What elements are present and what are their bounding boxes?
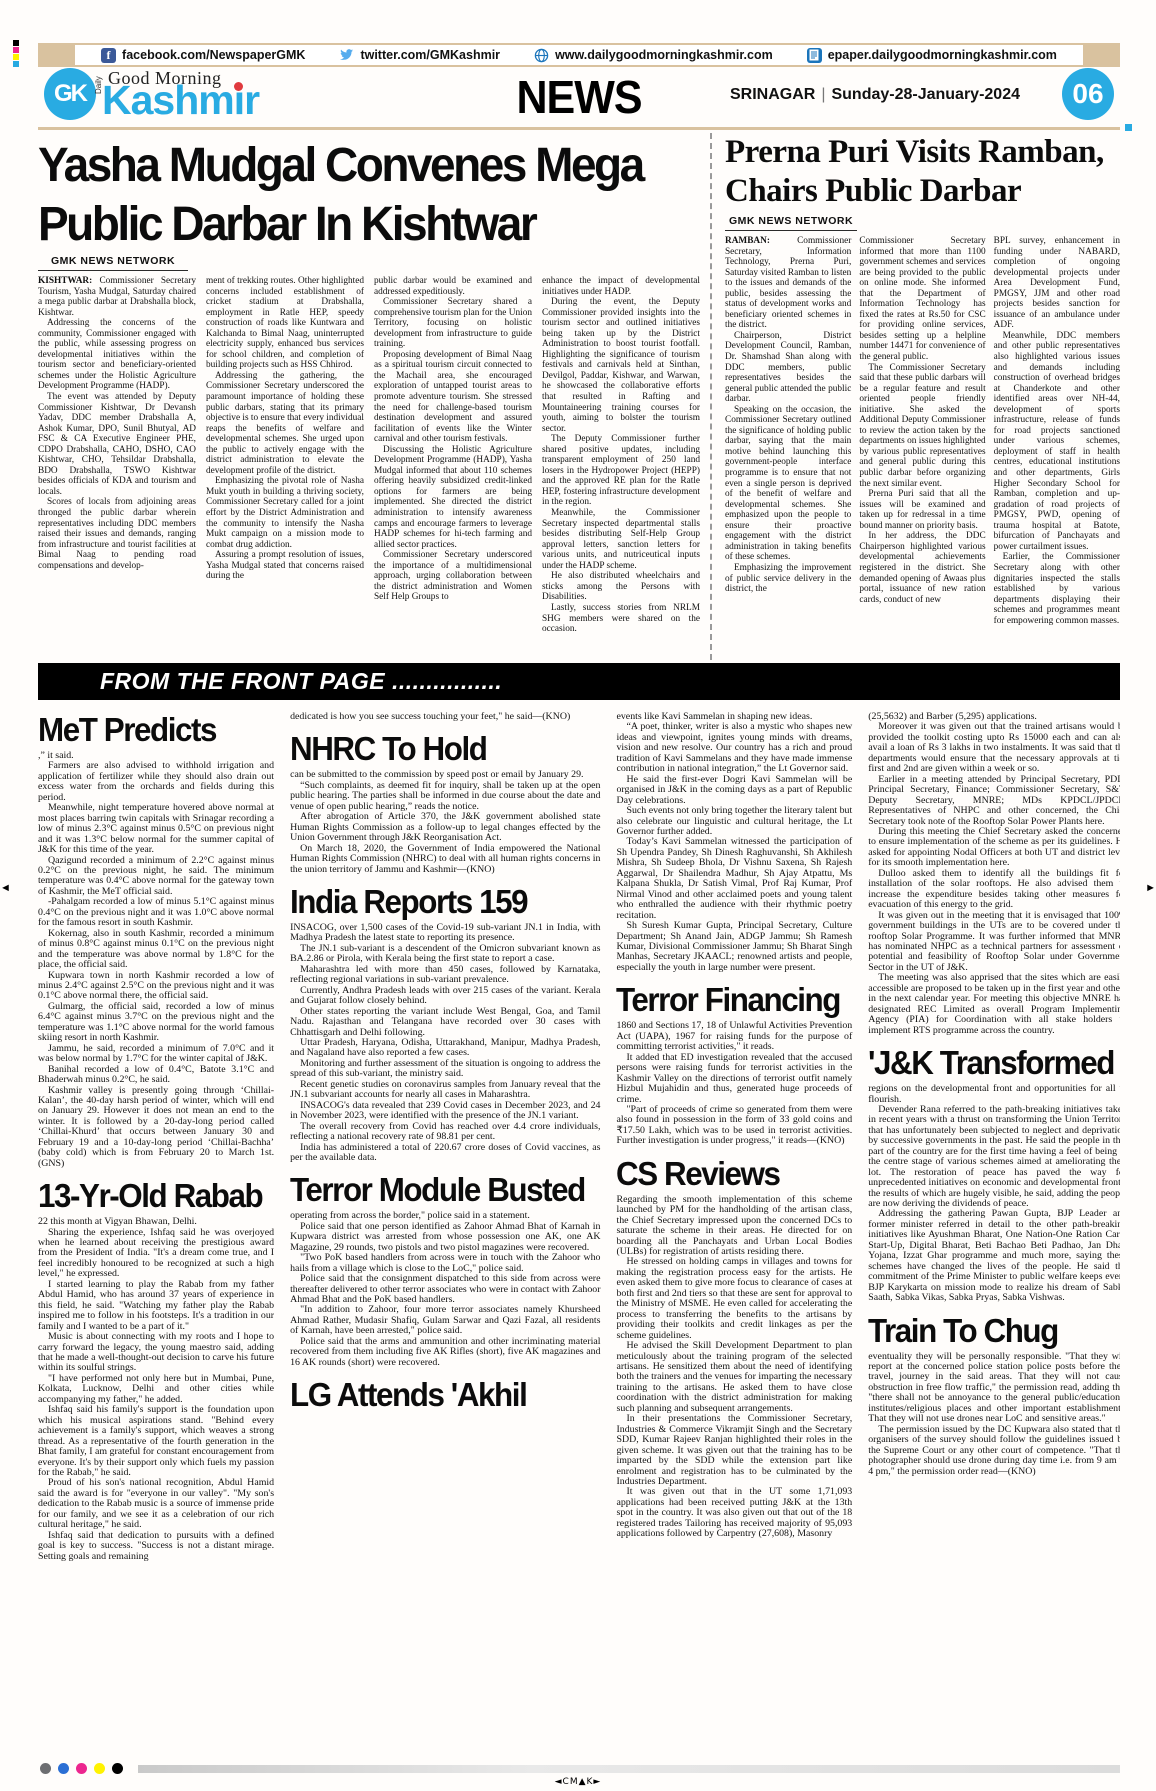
paragraph: It was given out in the meeting that it … bbox=[868, 911, 1120, 974]
paragraph: I started learning to play the Rabab fro… bbox=[38, 1280, 274, 1332]
paragraph: On March 18, 2020, the Government of Ind… bbox=[290, 844, 600, 875]
website-link[interactable]: www.dailygoodmorningkashmir.com bbox=[534, 48, 773, 63]
dateline: RAMBAN: bbox=[725, 236, 797, 246]
paragraph: After abrogation of Article 370, the J&K… bbox=[290, 812, 600, 843]
dot-blue bbox=[58, 1763, 69, 1774]
paragraph: Lastly, success stories from NRLM SHG me… bbox=[542, 603, 700, 635]
lead-article: Yasha Mudgal Convenes Mega Public Darbar… bbox=[38, 133, 710, 660]
article-headline: 13-Yr-Old Rabab bbox=[38, 1178, 262, 1214]
paragraph: Such events not only bring together the … bbox=[616, 806, 852, 837]
article-column: ment of trekking routes. Other highlight… bbox=[206, 276, 364, 635]
globe-icon bbox=[534, 48, 549, 63]
paragraph: Addressing the gathering, the Commission… bbox=[206, 371, 364, 476]
reg-cyan bbox=[13, 61, 19, 67]
paragraph: Addressing the gathering Pawan Gupta, BJ… bbox=[868, 1209, 1120, 1303]
paragraph: Commissioner Secretary underscored the i… bbox=[374, 550, 532, 603]
article-headline: MeT Predicts bbox=[38, 712, 262, 748]
edition-city: SRINAGAR bbox=[730, 86, 815, 103]
jump-column: dedicated is how you see success touchin… bbox=[290, 712, 600, 1754]
paragraph: INSACOG, over 1,500 cases of the Covid-1… bbox=[290, 923, 600, 944]
paragraph: He said the first-ever Dogri Kavi Sammel… bbox=[616, 775, 852, 806]
paragraph: In their presentations the Commissioner … bbox=[616, 1414, 852, 1487]
paragraph: "In addition to Zahoor, four more terror… bbox=[290, 1305, 600, 1336]
social-links-bar: f facebook.com/NewspaperGMK twitter.com/… bbox=[38, 43, 1120, 67]
lead-article-byline: GMK NEWS NETWORK bbox=[38, 255, 188, 271]
article-column: RAMBAN: Commissioner Secretary, Informat… bbox=[725, 236, 851, 626]
paragraph: Emphasizing the improvement of public se… bbox=[725, 563, 851, 595]
article-segment: MeT Predicts,” it said.Farmers are also … bbox=[38, 712, 274, 1169]
dot-black bbox=[112, 1763, 123, 1774]
paragraph: The Deputy Commissioner further shared p… bbox=[542, 434, 700, 508]
paragraph: 1860 and Sections 17, 18 of Unlawful Act… bbox=[616, 1021, 852, 1052]
print-color-dots bbox=[40, 1763, 123, 1774]
secondary-article-columns: RAMBAN: Commissioner Secretary, Informat… bbox=[725, 236, 1120, 626]
jump-column: MeT Predicts,” it said.Farmers are also … bbox=[38, 712, 274, 1754]
facebook-link-label: facebook.com/NewspaperGMK bbox=[122, 48, 305, 62]
paragraph: Kupwara town in north Kashmir recorded a… bbox=[38, 971, 274, 1002]
article-segment: Train To Chugeventuality they will be pe… bbox=[868, 1313, 1120, 1477]
secondary-article-headline: Prerna Puri Visits Ramban, Chairs Public… bbox=[725, 133, 1120, 211]
paragraph: He stressed on holding camps in villages… bbox=[616, 1257, 852, 1341]
paragraph: 22 this month at Vigyan Bhawan, Delhi. bbox=[38, 1217, 274, 1227]
left-registration-arrow: ◄ bbox=[0, 882, 11, 894]
dot-yellow bbox=[94, 1763, 105, 1774]
masthead: GK Daily Good Morning Kashmir NEWS SRINA… bbox=[38, 68, 1120, 122]
paragraph: Kokernag, also in south Kashmir, recorde… bbox=[38, 929, 274, 971]
article-segment: 'J&K Transformedregions on the developme… bbox=[868, 1045, 1120, 1304]
article-segment: events like Kavi Sammelan in shaping new… bbox=[616, 712, 852, 973]
paragraph: BPL survey, enhancement in funding under… bbox=[994, 236, 1120, 331]
paragraph: Currently, Andhra Pradesh leads with ove… bbox=[290, 986, 600, 1007]
dot-gray bbox=[40, 1763, 51, 1774]
paragraph: Devender Rana referred to the path-break… bbox=[868, 1105, 1120, 1210]
dateline-separator: | bbox=[815, 86, 831, 103]
paragraph: Speaking on the occasion, the Commission… bbox=[725, 405, 851, 563]
lead-article-headline: Yasha Mudgal Convenes Mega Public Darbar… bbox=[38, 135, 700, 254]
article-column: KISHTWAR: Commissioner Secretary Tourism… bbox=[38, 276, 196, 635]
print-registration-strip bbox=[13, 40, 19, 68]
print-gray-bar bbox=[138, 1765, 1120, 1773]
paragraph: The JN.1 sub-variant is a descendent of … bbox=[290, 944, 600, 965]
paragraph: -Pahalgam recorded a low of minus 5.1°C … bbox=[38, 897, 274, 928]
article-column: enhance the impact of developmental init… bbox=[542, 276, 700, 635]
paragraph: “Such complaints, as deemed fit for inqu… bbox=[290, 781, 600, 812]
masthead-rule bbox=[38, 127, 1120, 130]
paragraph: Jammu, he said, recorded a minimum of 7.… bbox=[38, 1044, 274, 1065]
paragraph: In her address, the DDC Chairperson high… bbox=[859, 531, 985, 605]
article-segment: Terror Financing1860 and Sections 17, 18… bbox=[616, 982, 852, 1146]
paragraph: Proposing development of Bimal Naag as a… bbox=[374, 350, 532, 445]
dateline: KISHTWAR: bbox=[38, 276, 99, 286]
newspaper-page: f facebook.com/NewspaperGMK twitter.com/… bbox=[0, 0, 1156, 1791]
paragraph: Commissioner Secretary shared a comprehe… bbox=[374, 297, 532, 350]
lead-article-columns: KISHTWAR: Commissioner Secretary Tourism… bbox=[38, 276, 700, 635]
paragraph: Emphasizing the pivotal role of Nasha Mu… bbox=[206, 476, 364, 550]
paragraph: Dulloo asked them to identify all the bu… bbox=[868, 869, 1120, 911]
paragraph: dedicated is how you see success touchin… bbox=[290, 712, 600, 722]
paragraph: It added that ED investigation revealed … bbox=[616, 1053, 852, 1105]
jump-column: (25,5632) and Barber (5,295) application… bbox=[868, 712, 1120, 1754]
article-headline: India Reports 159 bbox=[290, 884, 585, 920]
paragraph: "I have performed not only here but in M… bbox=[38, 1374, 274, 1405]
epaper-icon bbox=[807, 48, 822, 63]
social-links-strip: f facebook.com/NewspaperGMK twitter.com/… bbox=[75, 45, 1083, 65]
article-segment: NHRC To Holdcan be submitted to the comm… bbox=[290, 731, 600, 875]
paragraph: ment of trekking routes. Other highlight… bbox=[206, 276, 364, 371]
reg-yellow bbox=[13, 54, 19, 60]
paragraph: “A poet, thinker, writer is also a mysti… bbox=[616, 722, 852, 774]
paragraph: KISHTWAR: Commissioner Secretary Tourism… bbox=[38, 276, 196, 318]
edition-dateline: SRINAGAR|Sunday-28-January-2024 bbox=[730, 86, 1020, 104]
paragraph: The event was attended by Deputy Commiss… bbox=[38, 392, 196, 497]
paragraph: "Part of proceeds of crime so generated … bbox=[616, 1105, 852, 1147]
facebook-icon: f bbox=[101, 48, 116, 63]
paragraph: Scores of locals from adjoining areas th… bbox=[38, 497, 196, 571]
paragraph: Earlier in a meeting attended by Princip… bbox=[868, 775, 1120, 827]
paragraph: Sharing the experience, Ishfaq said he w… bbox=[38, 1228, 274, 1280]
paragraph: The overall recovery from Covid has reac… bbox=[290, 1122, 600, 1143]
paragraph: Farmers are also advised to withhold irr… bbox=[38, 761, 274, 803]
paragraph: Recent genetic studies on coronavirus sa… bbox=[290, 1080, 600, 1101]
article-headline: Terror Module Busted bbox=[290, 1172, 585, 1208]
reg-magenta bbox=[13, 47, 19, 53]
paragraph: Moreover it was given out that the train… bbox=[868, 722, 1120, 774]
article-segment: India Reports 159INSACOG, over 1,500 cas… bbox=[290, 884, 600, 1163]
paragraph: Chairperson, District Development Counci… bbox=[725, 331, 851, 405]
jump-column: events like Kavi Sammelan in shaping new… bbox=[616, 712, 852, 1754]
edition-date: Sunday-28-January-2024 bbox=[831, 86, 1020, 103]
paragraph: Police said that one person identified a… bbox=[290, 1222, 600, 1253]
article-segment: dedicated is how you see success touchin… bbox=[290, 712, 600, 722]
paragraph: eventuality they will be personally resp… bbox=[868, 1352, 1120, 1425]
twitter-link-label: twitter.com/GMKashmir bbox=[360, 48, 500, 62]
paragraph: INSACOG's data revealed that 239 Covid c… bbox=[290, 1101, 600, 1122]
paragraph: Assuring a prompt resolution of issues, … bbox=[206, 550, 364, 582]
article-headline: LG Attends 'Akhil bbox=[290, 1377, 585, 1413]
paragraph: Commissioner Secretary informed that mor… bbox=[859, 236, 985, 363]
paragraph: regions on the developmental front and o… bbox=[868, 1084, 1120, 1105]
paragraph: Regarding the smooth implementation of t… bbox=[616, 1195, 852, 1258]
page-number-badge: 06 bbox=[1062, 68, 1114, 120]
article-column: public darbar would be examined and addr… bbox=[374, 276, 532, 635]
right-registration-arrow: ► bbox=[1145, 882, 1156, 894]
paragraph: Discussing the Holistic Agriculture Deve… bbox=[374, 445, 532, 550]
article-segment: LG Attends 'Akhil bbox=[290, 1377, 600, 1413]
paragraph: Prerna Puri said that all the issues wil… bbox=[859, 489, 985, 531]
article-column: BPL survey, enhancement in funding under… bbox=[994, 236, 1120, 626]
paragraph: During this meeting the Chief Secretary … bbox=[868, 827, 1120, 869]
paragraph: Meanwhile, the Commissioner Secretary in… bbox=[542, 508, 700, 571]
epaper-link[interactable]: epaper.dailygoodmorningkashmir.com bbox=[807, 48, 1057, 63]
from-front-page-banner: FROM THE FRONT PAGE ................ bbox=[38, 663, 1120, 700]
paragraph: It was given out that in the UT some 1,7… bbox=[616, 1487, 852, 1539]
paragraph: public darbar would be examined and addr… bbox=[374, 276, 532, 297]
paragraph: Banihal recorded a low of 0.4°C, Batote … bbox=[38, 1065, 274, 1086]
secondary-article: Prerna Puri Visits Ramban, Chairs Public… bbox=[710, 133, 1120, 660]
paragraph: Police said that the consignment dispatc… bbox=[290, 1274, 600, 1305]
epaper-link-label: epaper.dailygoodmorningkashmir.com bbox=[828, 48, 1057, 62]
paragraph: Kashmir valley is presently going throug… bbox=[38, 1086, 274, 1170]
paragraph: He also distributed wheelchairs and stic… bbox=[542, 571, 700, 603]
paragraph: He advised the Skill Development Departm… bbox=[616, 1341, 852, 1414]
article-headline: 'J&K Transformed bbox=[868, 1045, 1114, 1081]
paragraph: The permission issued by the DC Kupwara … bbox=[868, 1425, 1120, 1477]
paragraph: Today’s Kavi Sammelan witnessed the part… bbox=[616, 837, 852, 921]
paragraph: Ishfaq said that dedication to pursuits … bbox=[38, 1531, 274, 1562]
lead-articles-row: Yasha Mudgal Convenes Mega Public Darbar… bbox=[38, 133, 1120, 660]
article-headline: Train To Chug bbox=[868, 1313, 1114, 1349]
paragraph: Music is about connecting with my roots … bbox=[38, 1332, 274, 1374]
paragraph: Maharashtra led with more than 450 cases… bbox=[290, 965, 600, 986]
cmyk-registration-label: ◄CM▲K► bbox=[0, 1777, 1156, 1787]
paragraph: "Two PoK based handlers from across were… bbox=[290, 1253, 600, 1274]
twitter-link[interactable]: twitter.com/GMKashmir bbox=[339, 48, 500, 63]
paragraph: Sh Suresh Kumar Gupta, Principal Secreta… bbox=[616, 921, 852, 973]
paragraph: Monitoring and further assessment of the… bbox=[290, 1059, 600, 1080]
article-segment: CS ReviewsRegarding the smooth implement… bbox=[616, 1156, 852, 1540]
paragraph: Qazigund recorded a minimum of 2.2°C aga… bbox=[38, 856, 274, 898]
paragraph: Other states reporting the variant inclu… bbox=[290, 1007, 600, 1038]
reg-black bbox=[13, 40, 19, 46]
article-headline: NHRC To Hold bbox=[290, 731, 585, 767]
article-segment: (25,5632) and Barber (5,295) application… bbox=[868, 712, 1120, 1036]
paragraph: enhance the impact of developmental init… bbox=[542, 276, 700, 297]
paragraph: Ishfaq said his family's support is the … bbox=[38, 1405, 274, 1478]
paragraph: Earlier, the Commissioner Secretary alon… bbox=[994, 552, 1120, 626]
paragraph: During the event, the Deputy Commissione… bbox=[542, 297, 700, 434]
twitter-icon bbox=[339, 48, 354, 63]
paragraph: Police said that the arms and ammunition… bbox=[290, 1337, 600, 1368]
website-link-label: www.dailygoodmorningkashmir.com bbox=[555, 48, 773, 62]
paragraph: Meanwhile, DDC members and other public … bbox=[994, 331, 1120, 552]
article-segment: Terror Module Bustedoperating from acros… bbox=[290, 1172, 600, 1368]
article-segment: 13-Yr-Old Rabab22 this month at Vigyan B… bbox=[38, 1178, 274, 1562]
paragraph: RAMBAN: Commissioner Secretary, Informat… bbox=[725, 236, 851, 331]
paragraph: Uttar Pradesh, Haryana, Odisha, Uttarakh… bbox=[290, 1038, 600, 1059]
paragraph: Addressing the concerns of the community… bbox=[38, 318, 196, 392]
reg-dot-blue bbox=[1125, 124, 1132, 131]
facebook-link[interactable]: f facebook.com/NewspaperGMK bbox=[101, 48, 305, 63]
secondary-article-byline: GMK NEWS NETWORK bbox=[725, 215, 857, 231]
paragraph: The Commissioner Secretary said that the… bbox=[859, 363, 985, 490]
paragraph: The meeting was also apprised that the s… bbox=[868, 973, 1120, 1036]
paragraph: Proud of his son's national recognition,… bbox=[38, 1478, 274, 1530]
dot-magenta bbox=[76, 1763, 87, 1774]
article-headline: Terror Financing bbox=[616, 982, 840, 1018]
paragraph: Meanwhile, night temperature hovered abo… bbox=[38, 803, 274, 855]
article-headline: CS Reviews bbox=[616, 1156, 840, 1192]
front-page-jumps-section: MeT Predicts,” it said.Farmers are also … bbox=[38, 712, 1120, 1754]
paragraph: India has administered a total of 220.67… bbox=[290, 1143, 600, 1164]
article-column: Commissioner Secretary informed that mor… bbox=[859, 236, 985, 626]
paragraph: Gulmarg, the official said, recorded a l… bbox=[38, 1002, 274, 1044]
